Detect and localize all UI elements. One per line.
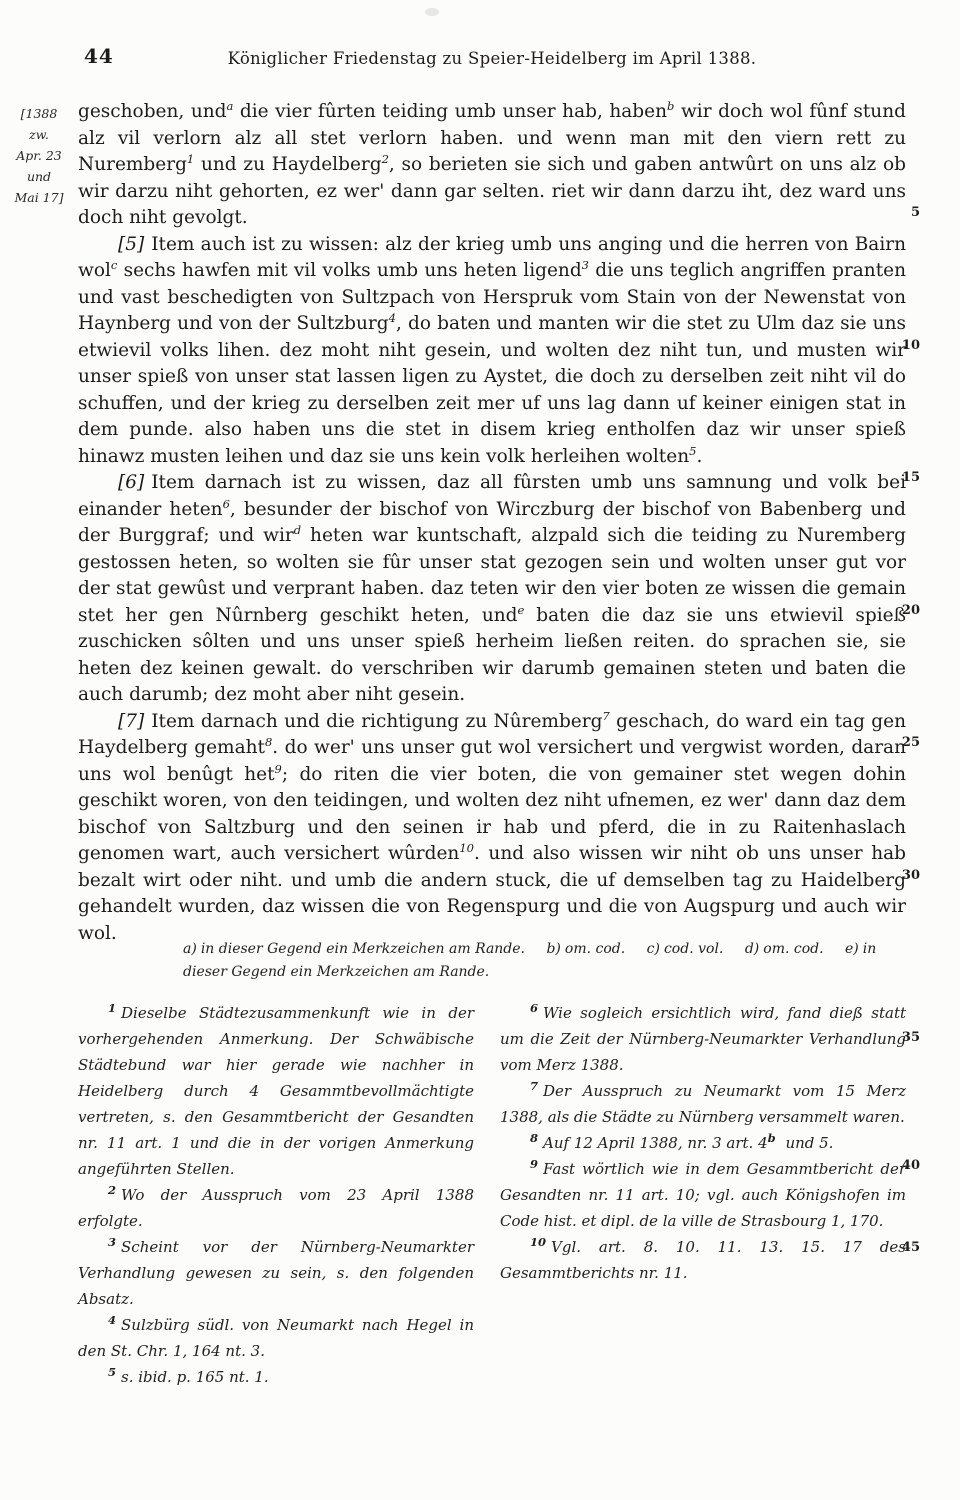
paragraph-text: geschoben, unda die vier fûrten teiding … bbox=[78, 101, 906, 228]
footnote-text: Wo der Ausspruch vom 23 April 1388 erfol… bbox=[78, 1186, 474, 1230]
apparatus-text: cod. vol. bbox=[664, 941, 723, 957]
footnote-5: 5s. ibid. p. 165 nt. 1. bbox=[78, 1364, 474, 1390]
footnote-number: 3 bbox=[108, 1235, 116, 1249]
footnote-text: Sulzbürg südl. von Neumarkt nach Hegel i… bbox=[78, 1316, 474, 1360]
apparatus-label: a) bbox=[183, 941, 197, 957]
margin-note-line: Mai 17] bbox=[4, 187, 74, 208]
footnote-number: 2 bbox=[108, 1183, 116, 1197]
footnote-number: 8 bbox=[530, 1131, 538, 1145]
footnote-number: 4 bbox=[108, 1313, 116, 1327]
paragraph-7: [7]Item darnach und die richtigung zu Nû… bbox=[78, 709, 906, 948]
footnote-6: 6Wie sogleich ersichtlich wird, fand die… bbox=[500, 1000, 906, 1078]
footnote-number: 6 bbox=[530, 1001, 538, 1015]
margin-date-note: [1388 zw. Apr. 23 und Mai 17] bbox=[4, 103, 74, 208]
footnote-text: Scheint vor der Nürnberg-Neumarkter Verh… bbox=[78, 1238, 474, 1308]
footnote-text: s. ibid. p. 165 nt. 1. bbox=[121, 1368, 269, 1386]
book-page: 44 Königlicher Friedenstag zu Speier-Hei… bbox=[0, 0, 960, 1500]
paragraph-label: [7] bbox=[118, 711, 144, 732]
footnote-number: 9 bbox=[530, 1157, 538, 1171]
margin-note-line: [1388 bbox=[4, 103, 74, 124]
apparatus-note-a: a)in dieser Gegend ein Merkzeichen am Ra… bbox=[183, 941, 525, 957]
margin-note-line: zw. bbox=[4, 124, 74, 145]
footnote-3: 3Scheint vor der Nürnberg-Neumarkter Ver… bbox=[78, 1234, 474, 1312]
apparatus-note-d: d)om. cod. bbox=[745, 941, 824, 957]
footnote-8: 8Auf 12 April 1388, nr. 3 art. 4b und 5. bbox=[500, 1130, 906, 1156]
footnote-2: 2Wo der Ausspruch vom 23 April 1388 erfo… bbox=[78, 1182, 474, 1234]
footnote-text: Fast wörtlich wie in dem Gesammtbericht … bbox=[500, 1160, 906, 1230]
footnotes-section: 1Dieselbe Städtezusammenkunft wie in der… bbox=[78, 1000, 906, 1390]
apparatus-text: om. cod. bbox=[565, 941, 625, 957]
paragraph-text: Item darnach und die richtigung zu Nûrem… bbox=[78, 711, 906, 944]
paragraph-text: Item darnach ist zu wissen, daz all fûrs… bbox=[78, 472, 906, 705]
paragraph-5: [5]Item auch ist zu wissen: alz der krie… bbox=[78, 232, 906, 471]
footnote-text: Vgl. art. 8. 10. 11. 13. 15. 17 des Gesa… bbox=[500, 1238, 906, 1282]
apparatus-label: b) bbox=[546, 941, 560, 957]
margin-note-line: und bbox=[4, 166, 74, 187]
paragraph-label: [6] bbox=[118, 472, 144, 493]
page-title: Königlicher Friedenstag zu Speier-Heidel… bbox=[78, 49, 906, 68]
footnote-text: Dieselbe Städtezusammenkunft wie in der … bbox=[78, 1004, 474, 1178]
footnote-1: 1Dieselbe Städtezusammenkunft wie in der… bbox=[78, 1000, 474, 1182]
apparatus-note-c: c)cod. vol. bbox=[647, 941, 724, 957]
scan-artifact bbox=[425, 8, 439, 16]
paragraph-6: [6]Item darnach ist zu wissen, daz all f… bbox=[78, 470, 906, 709]
margin-note-line: Apr. 23 bbox=[4, 145, 74, 166]
footnote-9: 9Fast wörtlich wie in dem Gesammtbericht… bbox=[500, 1156, 906, 1234]
footnote-text: Wie sogleich ersichtlich wird, fand dieß… bbox=[500, 1004, 906, 1074]
footnotes-right-column: 6Wie sogleich ersichtlich wird, fand die… bbox=[500, 1000, 906, 1390]
paragraph-continuation: geschoben, unda die vier fûrten teiding … bbox=[78, 99, 906, 232]
paragraph-text: Item auch ist zu wissen: alz der krieg u… bbox=[78, 234, 906, 467]
apparatus-note-b: b)om. cod. bbox=[546, 941, 625, 957]
apparatus-text: in dieser Gegend ein Merkzeichen am Rand… bbox=[201, 941, 525, 957]
footnote-text: Auf 12 April 1388, nr. 3 art. 4b und 5. bbox=[543, 1134, 833, 1152]
footnote-number: 7 bbox=[530, 1079, 538, 1093]
footnote-4: 4Sulzbürg südl. von Neumarkt nach Hegel … bbox=[78, 1312, 474, 1364]
paragraph-label: [5] bbox=[118, 234, 144, 255]
apparatus-label: e) bbox=[845, 941, 859, 957]
apparatus-text: om. cod. bbox=[763, 941, 823, 957]
footnote-text: Der Ausspruch zu Neumarkt vom 15 Merz 13… bbox=[500, 1082, 906, 1126]
apparatus-label: d) bbox=[745, 941, 759, 957]
main-text-block: geschoben, unda die vier fûrten teiding … bbox=[78, 99, 906, 947]
footnote-7: 7Der Ausspruch zu Neumarkt vom 15 Merz 1… bbox=[500, 1078, 906, 1130]
apparatus-label: c) bbox=[647, 941, 660, 957]
critical-apparatus: a)in dieser Gegend ein Merkzeichen am Ra… bbox=[183, 938, 883, 984]
footnotes-left-column: 1Dieselbe Städtezusammenkunft wie in der… bbox=[78, 1000, 474, 1390]
footnote-number: 5 bbox=[108, 1365, 116, 1379]
footnote-10: 10Vgl. art. 8. 10. 11. 13. 15. 17 des Ge… bbox=[500, 1234, 906, 1286]
footnote-number: 1 bbox=[108, 1001, 116, 1015]
footnote-number: 10 bbox=[530, 1235, 546, 1249]
